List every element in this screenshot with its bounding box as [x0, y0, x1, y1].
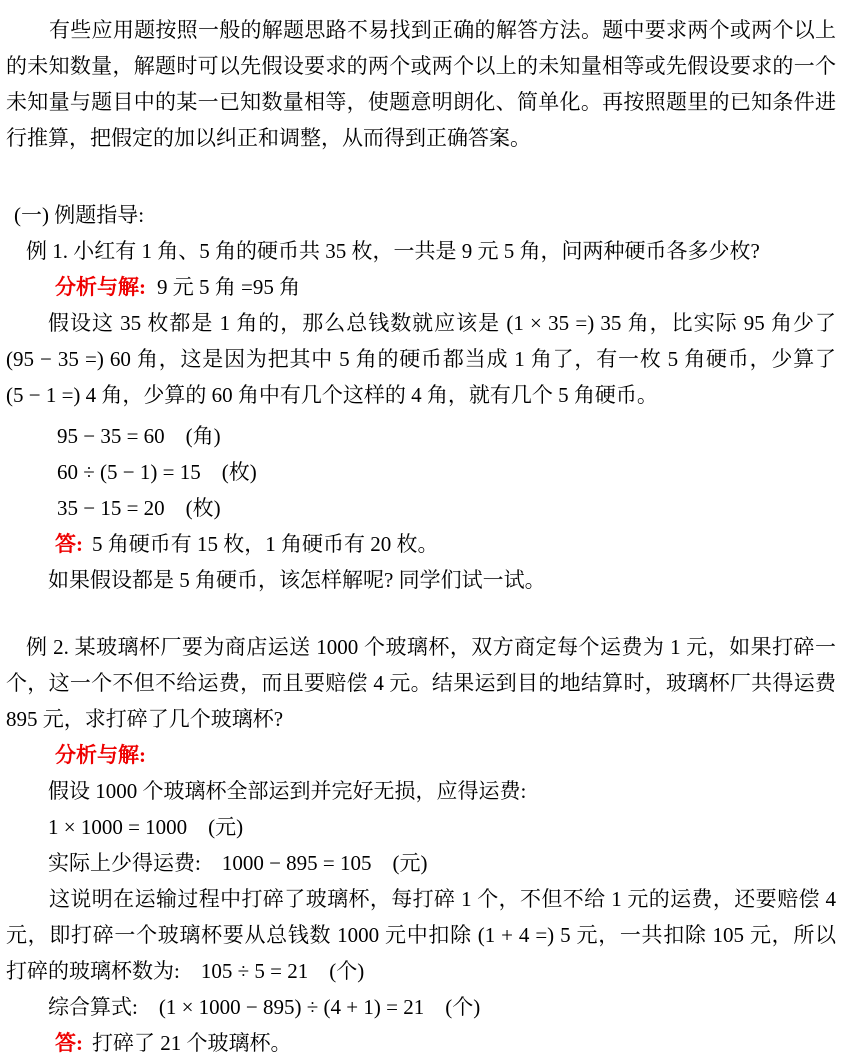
analysis-line: (5 − 1 =) 4 角，少算的 60 角中有几个这样的 4 角，就有几个 5… — [6, 377, 836, 413]
example1-equations: 95 − 35 = 60 (角) 60 ÷ (5 − 1) = 15 (枚) 3… — [6, 418, 836, 526]
example2-problem-line: 个，这一个不但不给运费，而且要赔偿 4 元。结果运到目的地结算时，玻璃杯厂共得运… — [6, 665, 836, 701]
answer-text: 5 角硬币有 15 枚，1 角硬币有 20 枚。 — [92, 532, 439, 556]
intro-line: 未知量与题目中的某一已知数量相等，使题意明朗化、简单化。再按照题里的已知条件进 — [6, 84, 836, 120]
equation-line: 60 ÷ (5 − 1) = 15 (枚) — [6, 454, 836, 490]
analysis-label: 分析与解: — [55, 743, 146, 767]
analysis-line: 假设这 35 枚都是 1 角的，那么总钱数就应该是 (1 × 35 =) 35 … — [6, 305, 836, 341]
section-heading: (一) 例题指导: — [6, 197, 836, 233]
explain-line: 打碎的玻璃杯数为: 105 ÷ 5 = 21 (个) — [6, 953, 836, 989]
intro-line: 有些应用题按照一般的解题思路不易找到正确的解答方法。题中要求两个或两个以上 — [6, 12, 836, 48]
example1-note: 如果假设都是 5 角硬币，该怎样解呢? 同学们试一试。 — [6, 562, 836, 598]
document-page: 有些应用题按照一般的解题思路不易找到正确的解答方法。题中要求两个或两个以上 的未… — [0, 0, 842, 1056]
example2-analysis-heading: 分析与解: — [6, 737, 836, 773]
example2-block: 例 2. 某玻璃杯厂要为商店运送 1000 个玻璃杯，双方商定每个运费为 1 元… — [6, 629, 836, 1056]
equation-line: 35 − 15 = 20 (枚) — [6, 490, 836, 526]
equation-line: 1 × 1000 = 1000 (元) — [6, 809, 836, 845]
answer-text: 打碎了 21 个玻璃杯。 — [92, 1031, 292, 1055]
example1-problem: 例 1. 小红有 1 角、5 角的硬币共 35 枚，一共是 9 元 5 角，问两… — [6, 233, 836, 269]
intro-paragraph: 有些应用题按照一般的解题思路不易找到正确的解答方法。题中要求两个或两个以上 的未… — [6, 12, 836, 156]
analysis-first-equation: 9 元 5 角 =95 角 — [157, 275, 300, 299]
intro-line: 的未知数量，解题时可以先假设要求的两个或两个以上的未知量相等或先假设要求的一个 — [6, 48, 836, 84]
spacer — [6, 156, 836, 197]
example2-problem-line: 895 元，求打碎了几个玻璃杯? — [6, 701, 836, 737]
explain-line: 这说明在运输过程中打碎了玻璃杯，每打碎 1 个，不但不给 1 元的运费，还要赔偿… — [6, 881, 836, 917]
equation-line: 95 − 35 = 60 (角) — [6, 418, 836, 454]
example1-block: 例 1. 小红有 1 角、5 角的硬币共 35 枚，一共是 9 元 5 角，问两… — [6, 233, 836, 598]
example1-answer-line: 答:5 角硬币有 15 枚，1 角硬币有 20 枚。 — [6, 526, 836, 562]
analysis-line: (95 − 35 =) 60 角，这是因为把其中 5 角的硬币都当成 1 角了，… — [6, 341, 836, 377]
analysis-label: 分析与解: — [55, 275, 146, 299]
answer-label: 答: — [55, 532, 83, 556]
shortfall-line: 实际上少得运费: 1000 − 895 = 105 (元) — [6, 845, 836, 881]
intro-line: 行推算，把假定的加以纠正和调整，从而得到正确答案。 — [6, 120, 836, 156]
example2-problem-line: 例 2. 某玻璃杯厂要为商店运送 1000 个玻璃杯，双方商定每个运费为 1 元… — [6, 629, 836, 665]
spacer — [6, 598, 836, 629]
example2-answer-line: 答:打碎了 21 个玻璃杯。 — [6, 1025, 836, 1056]
answer-label: 答: — [55, 1031, 83, 1055]
explain-line: 元，即打碎一个玻璃杯要从总钱数 1000 元中扣除 (1 + 4 =) 5 元，… — [6, 917, 836, 953]
synthesis-line: 综合算式: (1 × 1000 − 895) ÷ (4 + 1) = 21 (个… — [6, 989, 836, 1025]
assumption-line: 假设 1000 个玻璃杯全部运到并完好无损，应得运费: — [6, 773, 836, 809]
example1-analysis-heading: 分析与解:9 元 5 角 =95 角 — [6, 269, 836, 305]
